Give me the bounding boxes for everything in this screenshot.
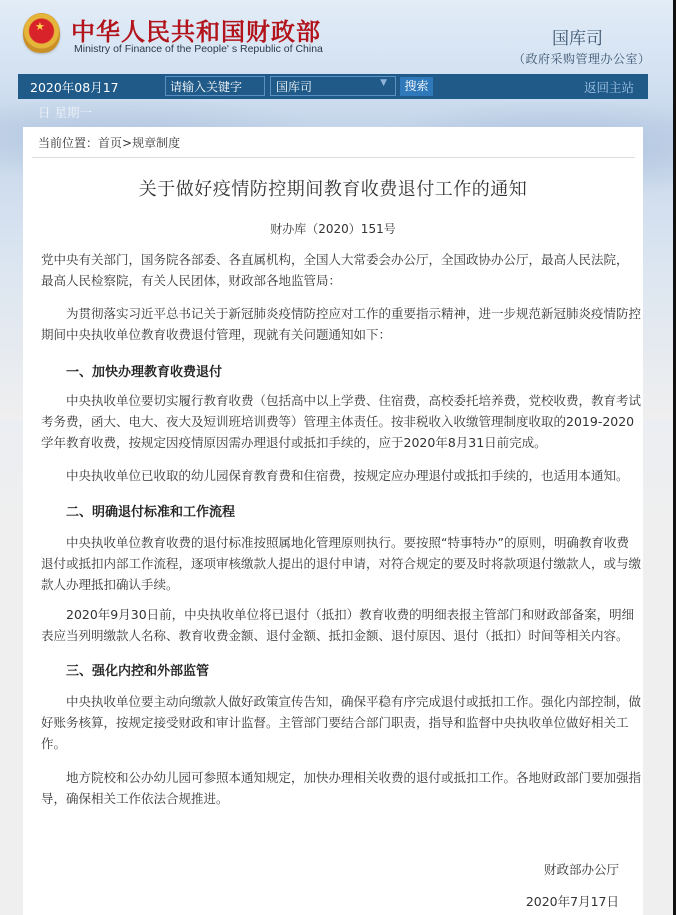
- section-heading: 二、明确退付标准和工作流程: [66, 501, 235, 520]
- breadcrumb-separator: >: [122, 136, 132, 150]
- paragraph: 中央执收单位要切实履行教育收费（包括高中以上学费、住宿费，高校委托培养费，党校收…: [41, 390, 641, 453]
- search-scope-select[interactable]: 国库司 ▼: [270, 76, 396, 96]
- paragraph: 中央执收单位教育收费的退付标准按照属地化管理原则执行。要按照“特事特办”的原则，…: [41, 532, 641, 595]
- national-emblem-icon[interactable]: [23, 13, 60, 53]
- addressees: 党中央有关部门，国务院各部委、各直属机构，全国人大常委会办公厅，全国政协办公厅，…: [41, 249, 641, 291]
- document-title: 关于做好疫情防控期间教育收费退付工作的通知: [23, 175, 643, 201]
- divider: [32, 157, 635, 158]
- return-home-link[interactable]: 返回主站: [584, 78, 634, 96]
- department-name: 国库司: [552, 24, 603, 49]
- breadcrumb: 当前位置：首页>规章制度: [38, 134, 180, 151]
- paragraph: 中央执收单位要主动向缴款人做好政策宣传告知，确保平稳有序完成退付或抵扣工作。强化…: [41, 691, 641, 754]
- site-title[interactable]: 中华人民共和国财政部: [71, 12, 321, 47]
- weekday-label: 日 星期一: [38, 103, 92, 121]
- paragraph: 中央执收单位已收取的幼儿园保育教育费和住宿费，按规定应办理退付或抵扣手续的，也适…: [41, 465, 641, 486]
- document-number: 财办库（2020）151号: [23, 220, 643, 237]
- section-heading: 一、加快办理教育收费退付: [66, 361, 222, 380]
- breadcrumb-home[interactable]: 首页: [98, 136, 122, 150]
- site-subtitle: Ministry of Finance of the People' s Rep…: [74, 43, 323, 55]
- paragraph: 2020年9月30日前，中央执收单位将已退付（抵扣）教育收费的明细表报主管部门和…: [41, 604, 641, 646]
- breadcrumb-regulations[interactable]: 规章制度: [132, 136, 180, 150]
- signatory: 财政部办公厅: [544, 860, 619, 878]
- chevron-down-icon: ▼: [380, 78, 387, 88]
- addressees-line: 最高人民检察院，有关人民团体，财政部各地监管局：: [41, 270, 641, 291]
- sign-date: 2020年7月17日: [526, 892, 619, 910]
- section-heading: 三、强化内控和外部监管: [66, 660, 209, 679]
- site-header: 中华人民共和国财政部 Ministry of Finance of the Pe…: [0, 0, 676, 70]
- intro-paragraph: 为贯彻落实习近平总书记关于新冠肺炎疫情防控应对工作的重要指示精神，进一步规范新冠…: [41, 303, 641, 345]
- search-scope-value: 国库司: [276, 80, 312, 94]
- content-panel: 当前位置：首页>规章制度 关于做好疫情防控期间教育收费退付工作的通知 财办库（2…: [23, 127, 643, 915]
- department-subtitle: （政府采购管理办公室）: [513, 50, 651, 67]
- current-date: 2020年08月17: [30, 78, 119, 96]
- breadcrumb-label: 当前位置：: [38, 136, 98, 150]
- search-button[interactable]: 搜索: [400, 77, 433, 96]
- addressees-line: 党中央有关部门，国务院各部委、各直属机构，全国人大常委会办公厅，全国政协办公厅，…: [41, 249, 641, 270]
- search-input[interactable]: [165, 76, 265, 96]
- paragraph: 地方院校和公办幼儿园可参照本通知规定，加快办理相关收费的退付或抵扣工作。各地财政…: [41, 767, 641, 809]
- nav-bar: 2020年08月17 国库司 ▼ 搜索 返回主站: [18, 74, 648, 99]
